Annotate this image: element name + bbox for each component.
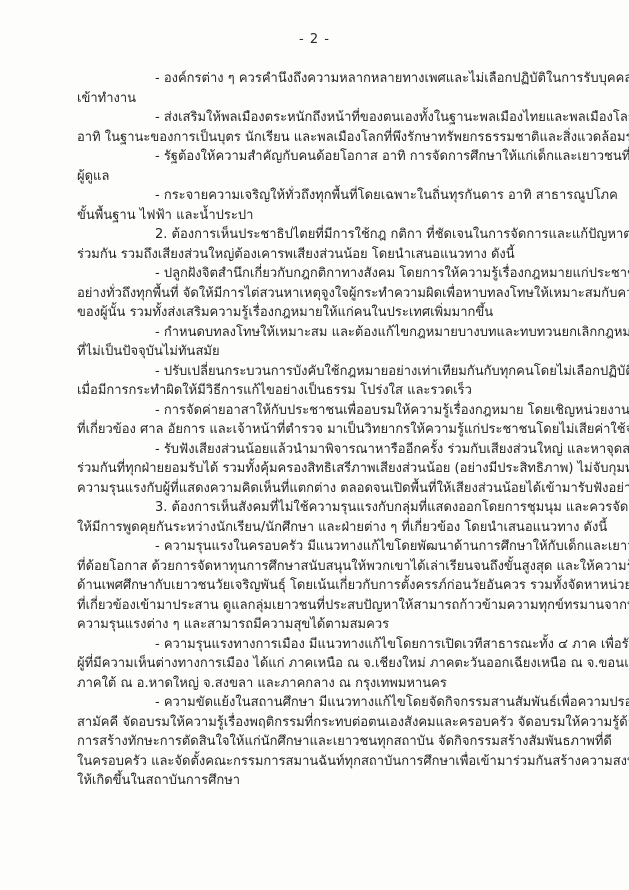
text-line: ผู้ดูแล [77,167,555,187]
text-line: - ส่งเสริมให้พลเมืองตระหนักถึงหน้าที่ของ… [77,108,555,128]
text-line: ร่วมกัน รวมถึงเสียงส่วนใหญ่ต้องเคารพเสีย… [77,245,555,265]
text-line: ในครอบครัว และจัดตั้งคณะกรรมการสมานฉันท์… [77,752,555,772]
text-line: 2. ต้องการเห็นประชาธิปไตยที่มีการใช้กฎ ก… [77,225,555,245]
text-line: ที่เกี่ยวข้องเข้ามาประสาน ดูแลกลุ่มเยาวช… [77,596,555,616]
text-line: สามัคคี จัดอบรมให้ความรู้เรื่องพฤติกรรมท… [77,713,555,733]
document-content: - องค์กรต่าง ๆ ควรคำนึงถึงความหลากหลายทา… [77,69,555,791]
text-line: ที่ด้อยโอกาส ด้วยการจัดหาทุนการศึกษาสนับ… [77,557,555,577]
text-line: อาทิ ในฐานะของการเป็นบุตร นักเรียน และพล… [77,128,555,148]
text-line: - การจัดค่ายอาสาให้กับประชาชนเพื่ออบรมให… [77,401,555,421]
text-line: ผู้ที่มีความเห็นต่างทางการเมือง ได้แก่ ภ… [77,654,555,674]
text-line: - องค์กรต่าง ๆ ควรคำนึงถึงความหลากหลายทา… [77,69,555,89]
text-line: ความรุนแรงต่าง ๆ และสามารถมีความสุขได้ตา… [77,615,555,635]
text-line: ภาคใต้ ณ อ.หาดใหญ่ จ.สงขลา และภาคกลาง ณ … [77,674,555,694]
text-line: การสร้างทักษะการตัดสินใจให้แก่นักศึกษาแล… [77,732,555,752]
text-line: เมื่อมีการกระทำผิดให้มีวิธีการแก้ไขอย่าง… [77,381,555,401]
text-line: ของผู้นั้น รวมทั้งส่งเสริมความรู้เรื่องก… [77,303,555,323]
text-line: ที่ไม่เป็นปัจจุบันไม่ทันสมัย [77,342,555,362]
page-number: - 2 - [0,32,629,47]
text-line: ให้เกิดขึ้นในสถาบันการศึกษา [77,771,555,791]
text-line: - รับฟังเสียงส่วนน้อยแล้วนำมาพิจารณาหารื… [77,440,555,460]
text-line: - รัฐต้องให้ความสำคัญกับคนด้อยโอกาส อาทิ… [77,147,555,167]
text-line: ร่วมกันที่ทุกฝ่ายยอมรับได้ รวมทั้งคุ้มคร… [77,459,555,479]
text-line: - ปรับเปลี่ยนกระบวนการบังคับใช้กฎหมายอย่… [77,362,555,382]
text-line: ขั้นพื้นฐาน ไฟฟ้า และน้ำประปา [77,206,555,226]
text-line: เข้าทำงาน [77,89,555,109]
text-line: - กระจายความเจริญให้ทั่วถึงทุกพื้นที่โดย… [77,186,555,206]
text-line: 3. ต้องการเห็นสังคมที่ไม่ใช้ความรุนแรงกั… [77,498,555,518]
text-line: ที่เกี่ยวข้อง ศาล อัยการ และเจ้าหน้าที่ต… [77,420,555,440]
text-line: - ความรุนแรงทางการเมือง มีแนวทางแก้ไขโดย… [77,635,555,655]
text-line: - กำหนดบทลงโทษให้เหมาะสม และต้องแก้ไขกฎห… [77,323,555,343]
text-line: อย่างทั่วถึงทุกพื้นที่ จัดให้มีการไต่สวน… [77,284,555,304]
text-line: - ปลูกฝังจิตสำนึกเกี่ยวกับกฎกติกาทางสังค… [77,264,555,284]
text-line: - ความขัดแย้งในสถานศึกษา มีแนวทางแก้ไขโด… [77,693,555,713]
text-line: ด้านเพศศึกษากับเยาวชนวัยเจริญพันธุ์ โดยเ… [77,576,555,596]
text-line: ให้มีการพูดคุยกันระหว่างนักเรียน/นักศึกษ… [77,518,555,538]
text-line: - ความรุนแรงในครอบครัว มีแนวทางแก้ไขโดยพ… [77,537,555,557]
document-page: - 2 - - องค์กรต่าง ๆ ควรคำนึงถึงความหลาก… [0,0,629,890]
text-line: ความรุนแรงกับผู้ที่แสดงความคิดเห็นที่แตก… [77,479,555,499]
